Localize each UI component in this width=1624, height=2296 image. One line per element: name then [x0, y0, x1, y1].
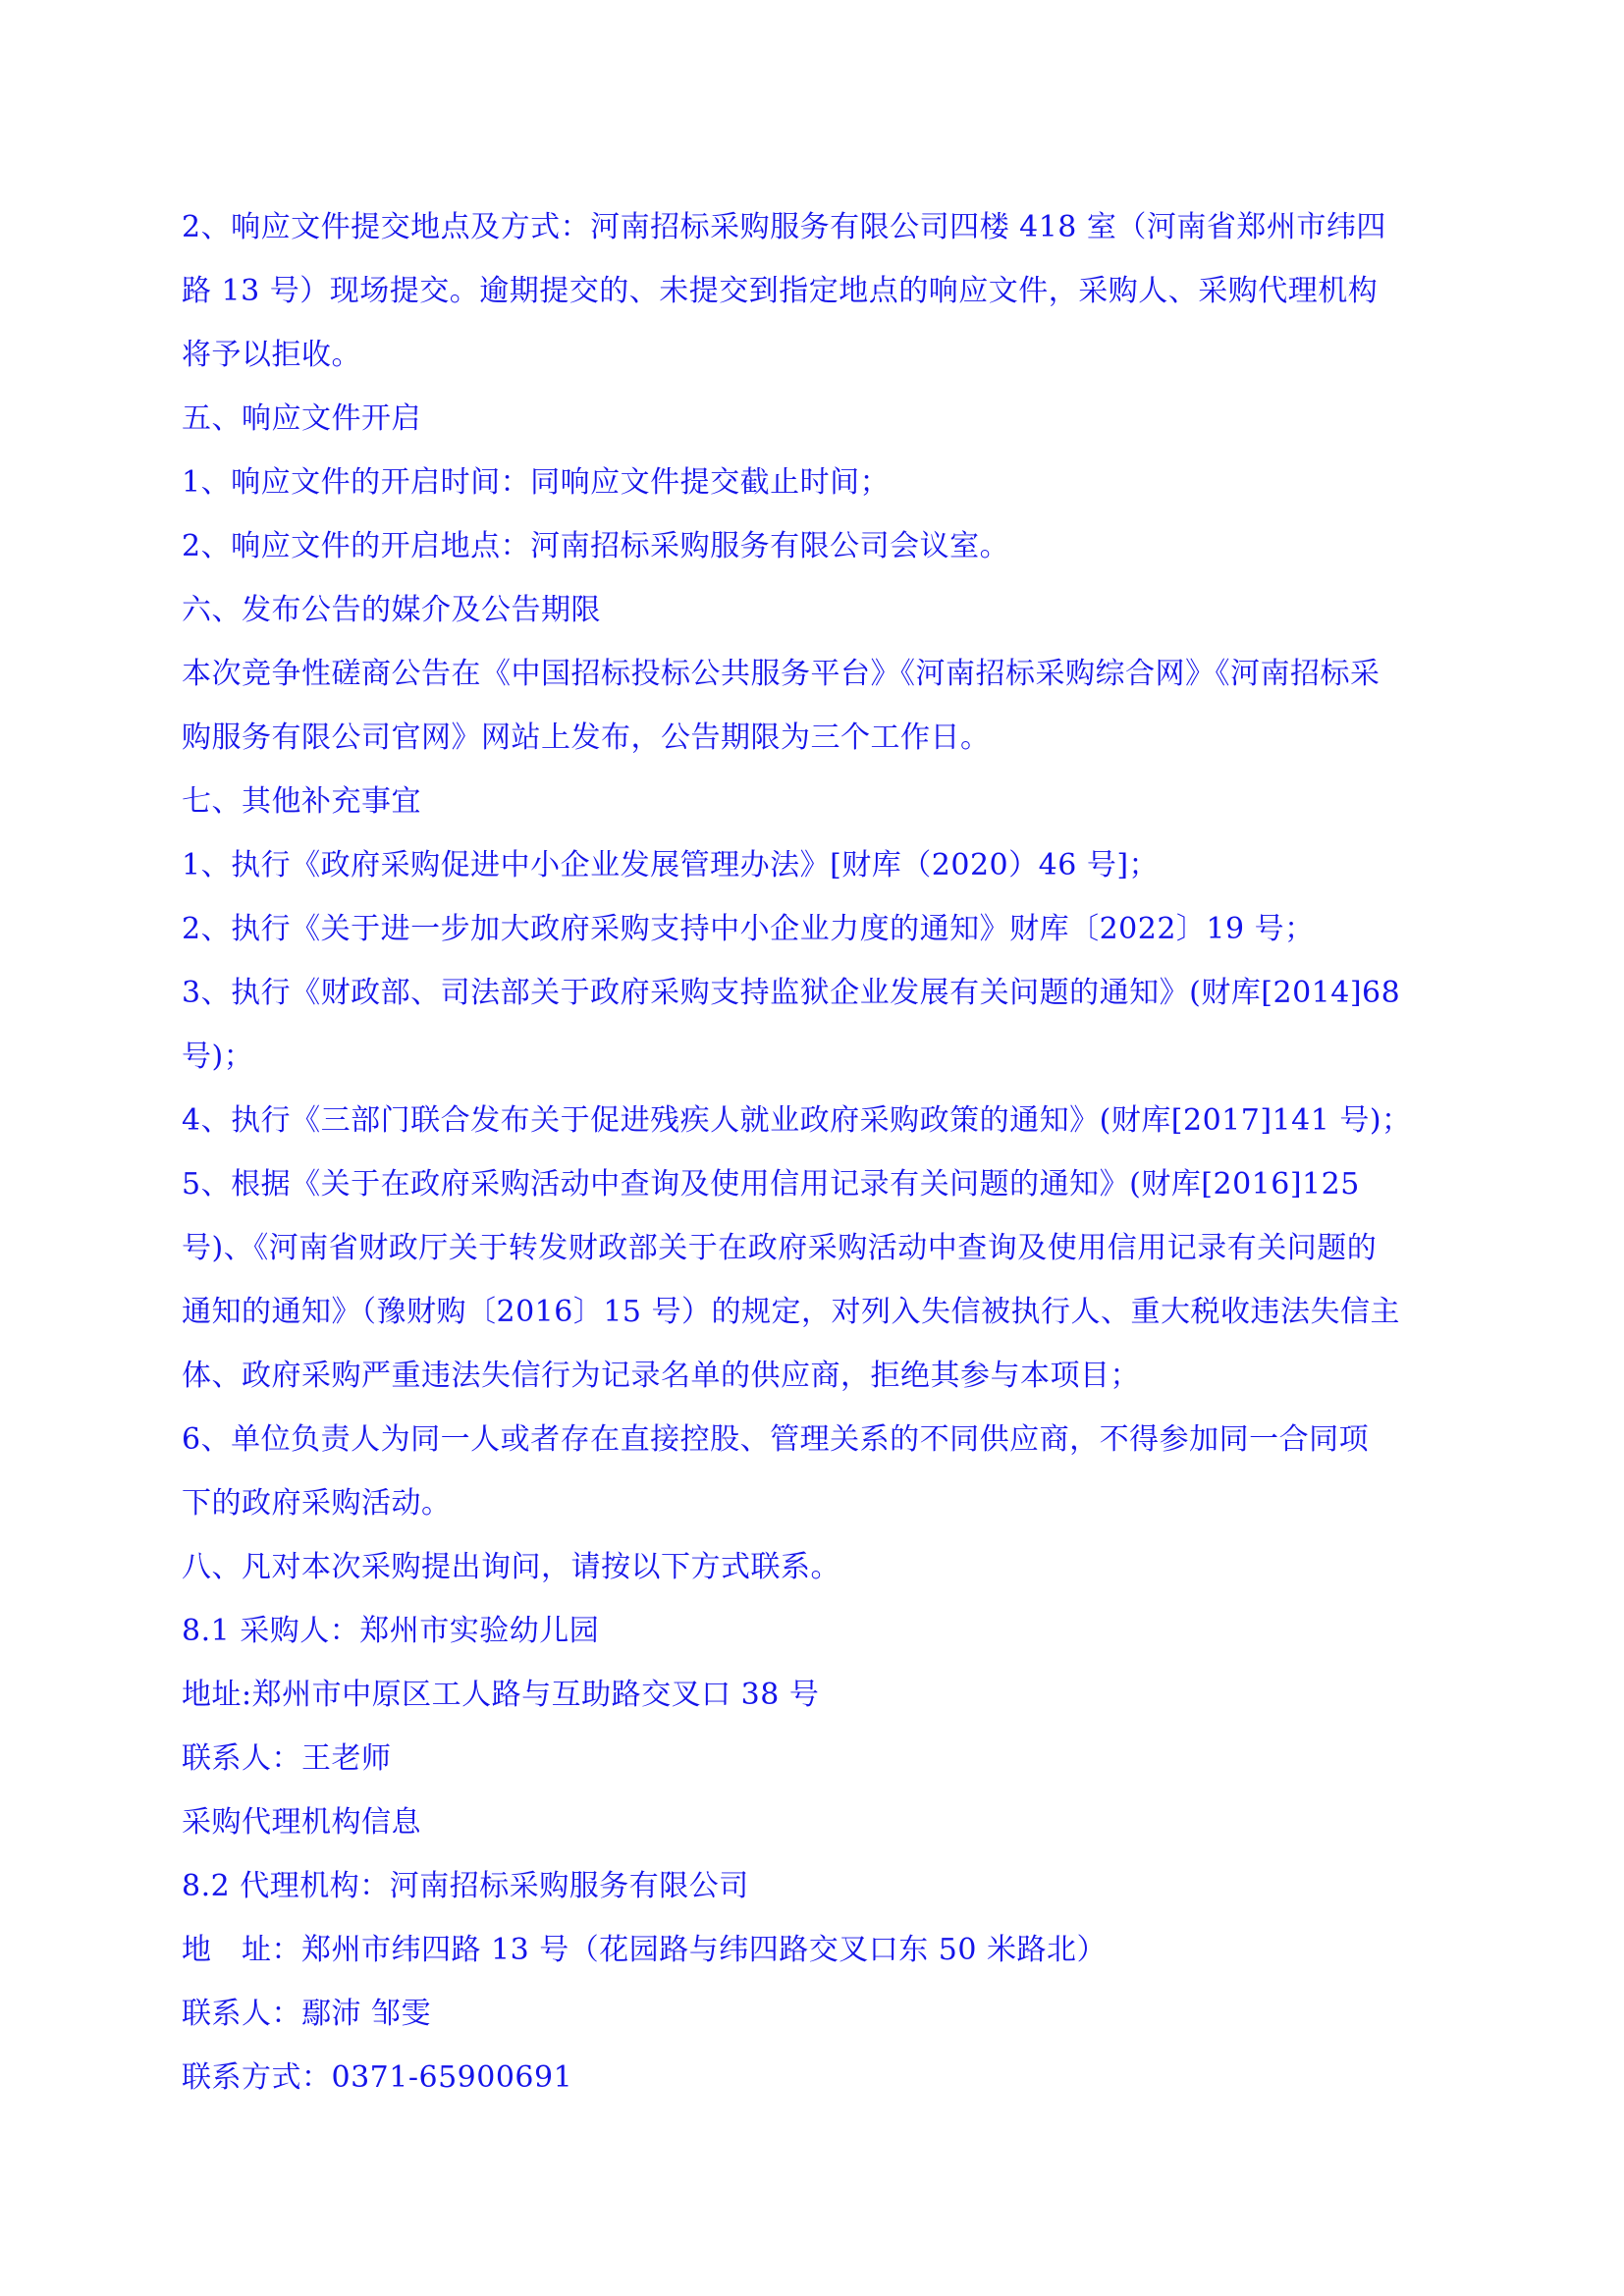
document-line: 五、响应文件开启	[182, 387, 1457, 451]
document-line: 八、凡对本次采购提出询问，请按以下方式联系。	[182, 1535, 1457, 1599]
document-line: 8.2 代理机构：河南招标采购服务有限公司	[182, 1854, 1457, 1918]
document-line: 体、政府采购严重违法失信行为记录名单的供应商，拒绝其参与本项目；	[182, 1344, 1457, 1408]
document-line: 地 址：郑州市纬四路 13 号（花园路与纬四路交叉口东 50 米路北）	[182, 1918, 1457, 1982]
document-line: 2、执行《关于进一步加大政府采购支持中小企业力度的通知》财库〔2022〕19 号…	[182, 897, 1457, 961]
document-line: 2、响应文件的开启地点：河南招标采购服务有限公司会议室。	[182, 514, 1457, 578]
document-line: 6、单位负责人为同一人或者存在直接控股、管理关系的不同供应商，不得参加同一合同项	[182, 1408, 1457, 1471]
document-line: 下的政府采购活动。	[182, 1471, 1457, 1535]
document-line: 4、执行《三部门联合发布关于促进残疾人就业政府采购政策的通知》(财库[2017]…	[182, 1089, 1457, 1152]
document-line: 地址:郑州市中原区工人路与互助路交叉口 38 号	[182, 1663, 1457, 1727]
document-line: 本次竞争性磋商公告在《中国招标投标公共服务平台》《河南招标采购综合网》《河南招标…	[182, 642, 1457, 706]
document-line: 5、根据《关于在政府采购活动中查询及使用信用记录有关问题的通知》(财库[2016…	[182, 1152, 1457, 1216]
document-line: 联系人：王老师	[182, 1727, 1457, 1790]
document-line: 号)；	[182, 1025, 1457, 1089]
document-line: 采购代理机构信息	[182, 1790, 1457, 1854]
document-line: 购服务有限公司官网》网站上发布，公告期限为三个工作日。	[182, 706, 1457, 770]
document-line: 3、执行《财政部、司法部关于政府采购支持监狱企业发展有关问题的通知》(财库[20…	[182, 961, 1457, 1025]
document-line: 七、其他补充事宜	[182, 770, 1457, 833]
document-page: 2、响应文件提交地点及方式：河南招标采购服务有限公司四楼 418 室（河南省郑州…	[0, 0, 1624, 2296]
document-line: 通知的通知》（豫财购〔2016〕15 号）的规定，对列入失信被执行人、重大税收违…	[182, 1280, 1457, 1344]
document-line: 号)、《河南省财政厅关于转发财政部关于在政府采购活动中查询及使用信用记录有关问题…	[182, 1216, 1457, 1280]
document-line: 1、执行《政府采购促进中小企业发展管理办法》[财库（2020）46 号]；	[182, 833, 1457, 897]
document-body: 2、响应文件提交地点及方式：河南招标采购服务有限公司四楼 418 室（河南省郑州…	[182, 195, 1457, 2109]
document-line: 将予以拒收。	[182, 323, 1457, 387]
document-line: 8.1 采购人：郑州市实验幼儿园	[182, 1599, 1457, 1663]
document-line: 联系人：鄢沛 邹雯	[182, 1982, 1457, 2046]
document-line: 联系方式：0371-65900691	[182, 2046, 1457, 2109]
document-line: 1、响应文件的开启时间：同响应文件提交截止时间；	[182, 451, 1457, 514]
document-line: 2、响应文件提交地点及方式：河南招标采购服务有限公司四楼 418 室（河南省郑州…	[182, 195, 1457, 259]
document-line: 六、发布公告的媒介及公告期限	[182, 578, 1457, 642]
document-line: 路 13 号）现场提交。逾期提交的、未提交到指定地点的响应文件，采购人、采购代理…	[182, 259, 1457, 323]
